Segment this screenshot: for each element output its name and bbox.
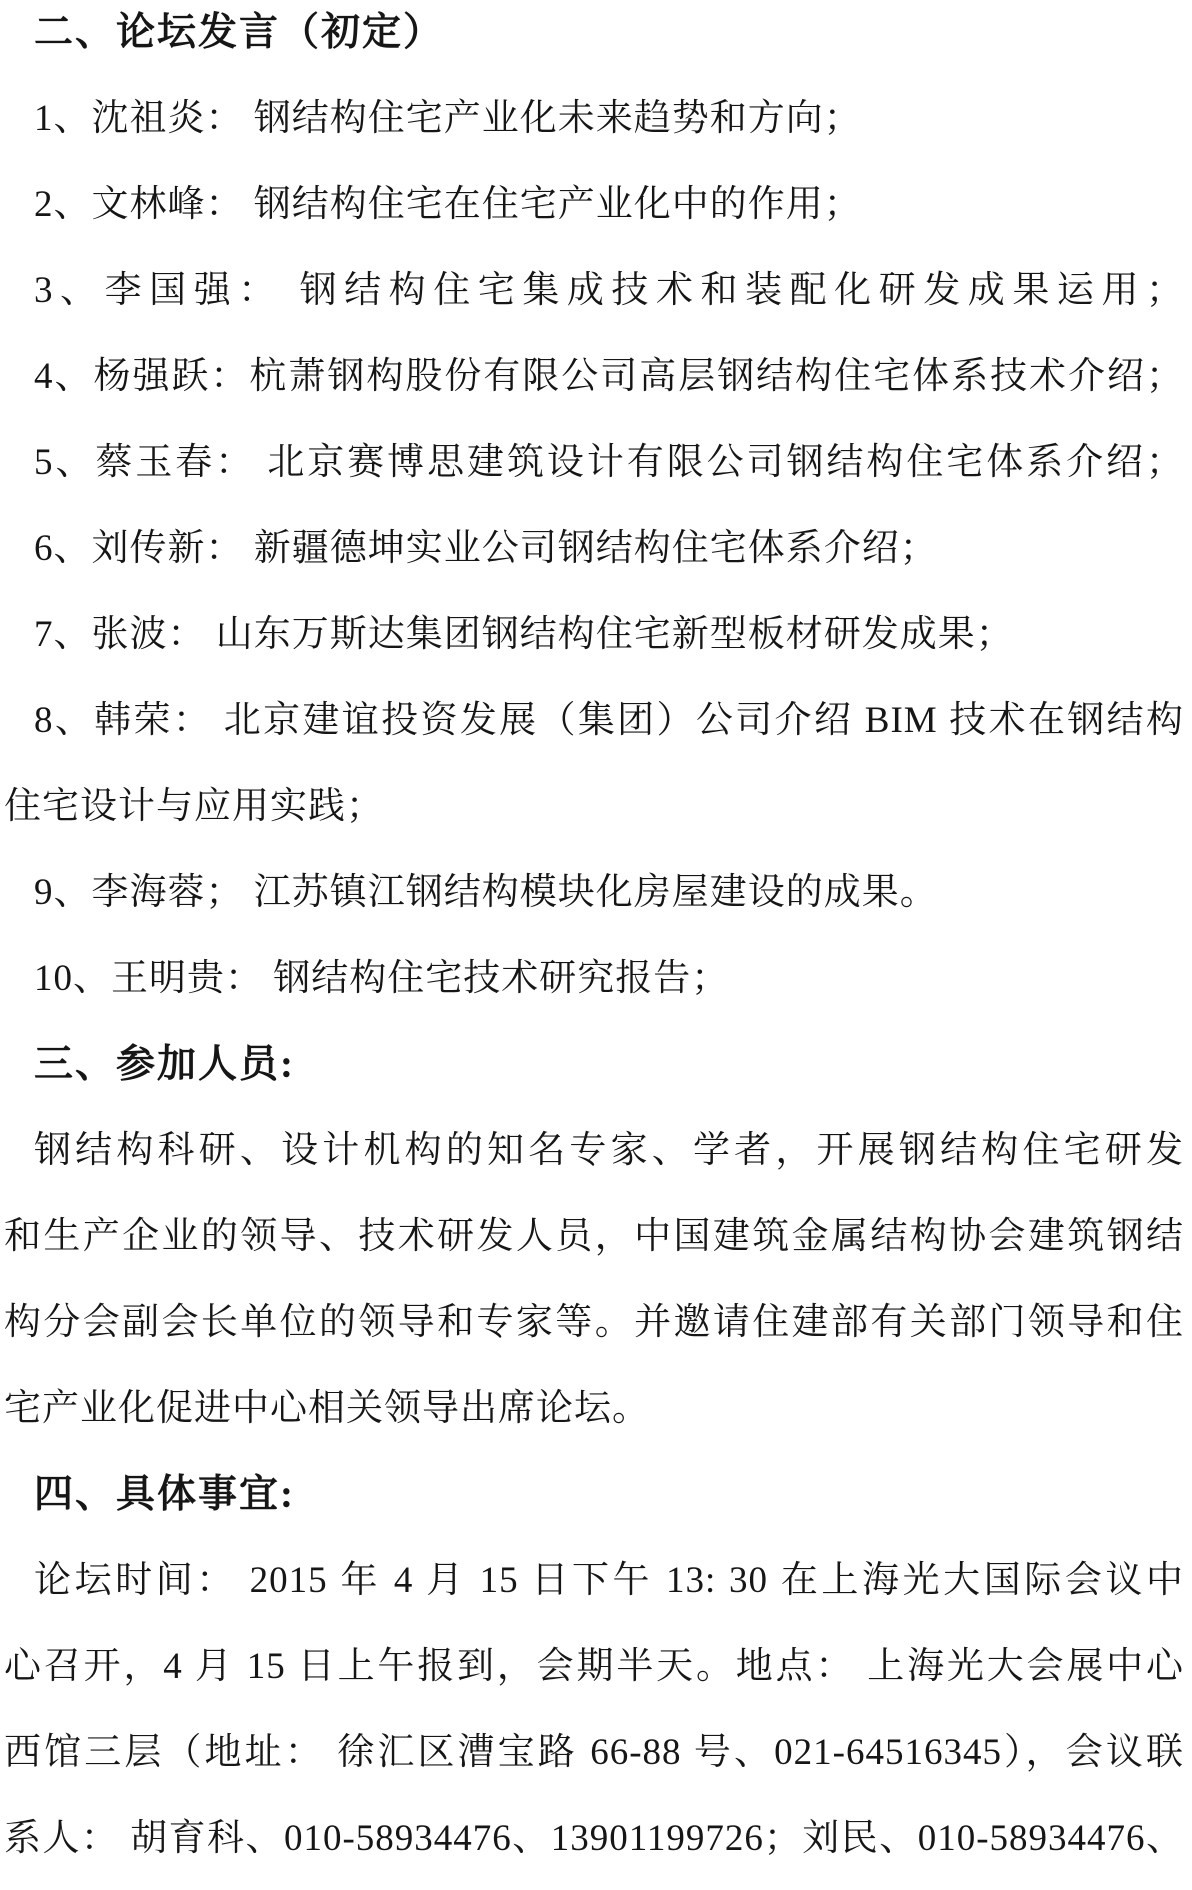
section-heading-forum-speeches: 二、论坛发言（初定） <box>4 0 1184 76</box>
participants-paragraph-line-1: 钢结构科研、设计机构的知名专家、学者，开展钢结构住宅研发 <box>4 1108 1184 1194</box>
participants-paragraph-line-2: 和生产企业的领导、技术研发人员，中国建筑金属结构协会建筑钢结 <box>4 1194 1184 1280</box>
speech-item-9: 9、李海蓉； 江苏镇江钢结构模块化房屋建设的成果。 <box>4 850 1184 936</box>
details-paragraph-line-2: 心召开，4 月 15 日上午报到，会期半天。地点： 上海光大会展中心 <box>4 1624 1184 1710</box>
details-paragraph-line-1: 论坛时间： 2015 年 4 月 15 日下午 13: 30 在上海光大国际会议… <box>4 1538 1184 1624</box>
speech-item-8-line-1: 8、韩荣： 北京建谊投资发展（集团）公司介绍 BIM 技术在钢结构 <box>4 678 1184 764</box>
speech-item-8-line-2: 住宅设计与应用实践； <box>4 764 1184 850</box>
speech-item-1: 1、沈祖炎： 钢结构住宅产业化未来趋势和方向； <box>4 76 1184 162</box>
section-heading-details: 四、具体事宜: <box>4 1452 1184 1538</box>
speech-item-10: 10、王明贵： 钢结构住宅技术研究报告； <box>4 936 1184 1022</box>
speech-item-2: 2、文林峰： 钢结构住宅在住宅产业化中的作用； <box>4 162 1184 248</box>
speech-item-5: 5、蔡玉春： 北京赛博思建筑设计有限公司钢结构住宅体系介绍； <box>4 420 1184 506</box>
participants-paragraph-line-3: 构分会副会长单位的领导和专家等。并邀请住建部有关部门领导和住 <box>4 1280 1184 1366</box>
details-paragraph-line-4: 系人： 胡育科、010-58934476、13901199726；刘民、010-… <box>4 1796 1184 1882</box>
document-page: 二、论坛发言（初定） 1、沈祖炎： 钢结构住宅产业化未来趋势和方向； 2、文林峰… <box>0 0 1192 1890</box>
participants-paragraph-line-4: 宅产业化促进中心相关领导出席论坛。 <box>4 1366 1184 1452</box>
details-paragraph-line-3: 西馆三层（地址： 徐汇区漕宝路 66-88 号、021-64516345），会议… <box>4 1710 1184 1796</box>
speech-item-3: 3、李国强： 钢结构住宅集成技术和装配化研发成果运用； <box>4 248 1184 334</box>
document-body: 二、论坛发言（初定） 1、沈祖炎： 钢结构住宅产业化未来趋势和方向； 2、文林峰… <box>0 0 1192 1882</box>
speech-item-7: 7、张波： 山东万斯达集团钢结构住宅新型板材研发成果； <box>4 592 1184 678</box>
section-heading-participants: 三、参加人员: <box>4 1022 1184 1108</box>
speech-item-6: 6、刘传新： 新疆德坤实业公司钢结构住宅体系介绍； <box>4 506 1184 592</box>
speech-item-4: 4、杨强跃：杭萧钢构股份有限公司高层钢结构住宅体系技术介绍； <box>4 334 1184 420</box>
